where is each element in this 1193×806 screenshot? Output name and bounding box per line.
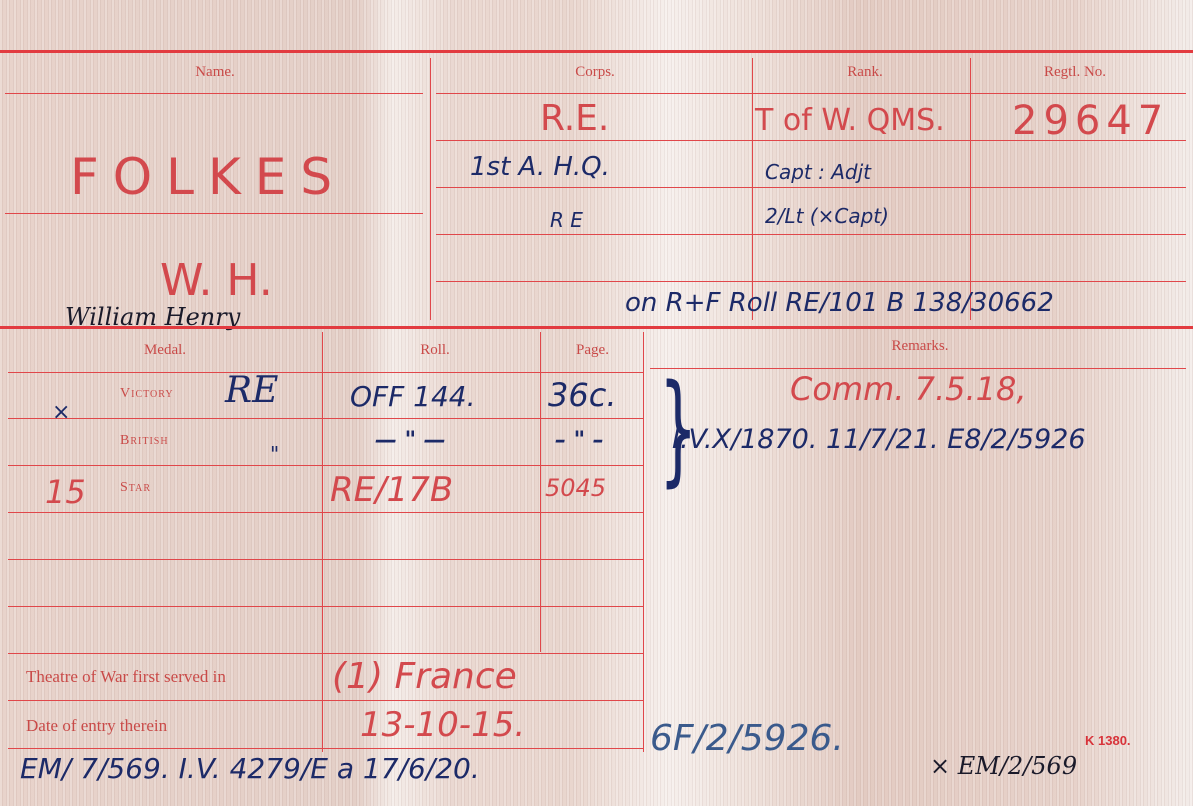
medal-roll: — " — — [375, 428, 446, 453]
rule — [436, 187, 1186, 188]
rule — [436, 93, 1186, 94]
divider — [643, 332, 644, 752]
corps-secondary: 1st A. H.Q. — [470, 152, 610, 182]
entry-date-label: Date of entry therein — [26, 716, 167, 736]
rule — [5, 93, 423, 94]
rank-secondary: Capt : Adjt — [765, 160, 871, 184]
medal-mark: 15 — [45, 473, 86, 511]
header-remarks: Remarks. — [840, 338, 1000, 355]
header-corps: Corps. — [530, 64, 660, 81]
rank-tertiary: 2/Lt (×Capt) — [765, 204, 889, 228]
rank-primary: T of W. QMS. — [755, 103, 945, 138]
header-rank: Rank. — [800, 64, 930, 81]
surname: FOLKES — [70, 148, 346, 206]
footer-note-left: EM/ 7/569. I.V. 4279/E a 17/6/20. — [20, 752, 480, 785]
theatre-label: Theatre of War first served in — [26, 667, 226, 687]
divider — [430, 58, 431, 320]
regtl-number: 29647 — [1012, 98, 1169, 144]
corps-primary: R.E. — [540, 98, 609, 139]
header-name: Name. — [150, 64, 280, 81]
remarks-commission: Comm. 7.5.18, — [790, 370, 1027, 408]
rule — [8, 465, 643, 466]
rf-roll-note: on R+F Roll RE/101 B 138/30662 — [625, 288, 1054, 318]
header-regtl-no: Regtl. No. — [1010, 64, 1140, 81]
rule — [5, 213, 423, 214]
medal-page: 5045 — [545, 474, 606, 502]
rule — [8, 653, 643, 654]
medal-roll: OFF 144. — [350, 380, 476, 413]
remarks-reference: I.V.X/1870. 11/7/21. E8/2/5926 — [672, 424, 1086, 455]
medal-page: 36c. — [548, 376, 616, 414]
top-rule — [0, 50, 1193, 53]
divider — [540, 332, 541, 652]
medal-name: Victory — [120, 386, 174, 402]
rule — [8, 418, 643, 419]
medal-name: British — [120, 433, 169, 449]
rule — [8, 559, 643, 560]
entry-date-value: 13-10-15. — [360, 705, 525, 745]
middle-rule — [0, 326, 1193, 329]
medal-page: – " – — [555, 428, 604, 453]
medal-mark: × — [52, 400, 70, 425]
header-medal: Medal. — [110, 342, 220, 359]
rule — [8, 372, 643, 373]
rule — [8, 748, 643, 749]
corps-tertiary: R E — [550, 208, 583, 232]
header-roll: Roll. — [380, 342, 490, 359]
medal-unit: RE — [225, 370, 278, 411]
divider — [322, 332, 323, 752]
initials: W. H. — [160, 255, 273, 306]
theatre-value: (1) France — [332, 656, 517, 697]
rule — [650, 368, 1186, 369]
medal-roll: RE/17B — [330, 470, 453, 510]
medal-index-card: Name. Corps. Rank. Regtl. No. FOLKES W. … — [0, 0, 1193, 806]
medal-unit: " — [270, 442, 279, 466]
rule — [436, 234, 1186, 235]
header-page: Page. — [540, 342, 645, 359]
medal-name: Star — [120, 480, 151, 496]
form-number: K 1380. — [1085, 733, 1131, 748]
footer-note-middle: 6F/2/5926. — [650, 718, 844, 759]
rule — [436, 281, 1186, 282]
rule — [8, 512, 643, 513]
rule — [8, 606, 643, 607]
rule — [8, 700, 643, 701]
footer-note-right: × EM/2/569 — [930, 752, 1077, 780]
